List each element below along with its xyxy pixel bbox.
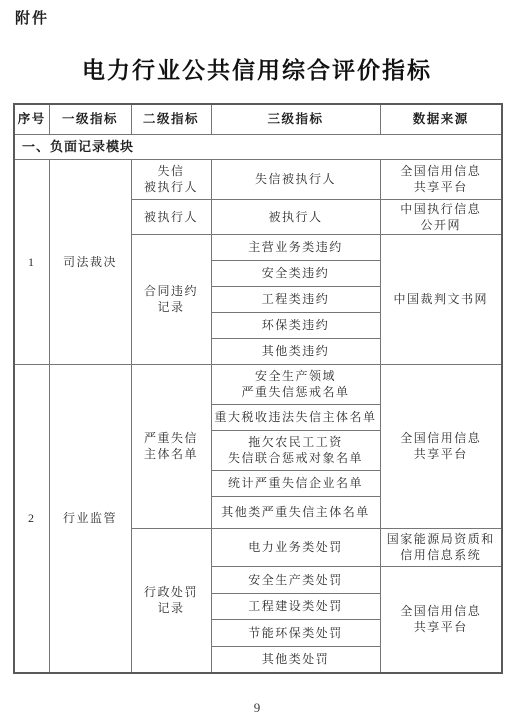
level3-indicator: 失信被执行人 [211,159,380,199]
serial-number: 1 [14,159,49,364]
data-source: 全国信用信息 共享平台 [380,159,502,199]
column-header: 一级指标 [49,104,131,134]
column-header: 序号 [14,104,49,134]
table-row: 2行业监管严重失信 主体名单安全生产领域 严重失信惩戒名单全国信用信息 共享平台 [14,364,502,404]
level1-indicator: 行业监管 [49,364,131,673]
level3-indicator: 被执行人 [211,199,380,234]
level3-indicator: 节能环保类处罚 [211,619,380,646]
column-header: 数据来源 [380,104,502,134]
level3-indicator: 拖欠农民工工资 失信联合惩戒对象名单 [211,430,380,470]
data-source: 中国裁判文书网 [380,234,502,364]
section-header: 一、负面记录模块 [14,134,502,159]
data-source: 中国执行信息 公开网 [380,199,502,234]
level3-indicator: 主营业务类违约 [211,234,380,260]
level2-indicator: 严重失信 主体名单 [131,364,211,528]
serial-number: 2 [14,364,49,673]
table-body: 一、负面记录模块1司法裁决失信 被执行人失信被执行人全国信用信息 共享平台被执行… [14,134,502,673]
column-header: 二级指标 [131,104,211,134]
level3-indicator: 安全类违约 [211,260,380,286]
level2-indicator: 行政处罚 记录 [131,528,211,673]
level3-indicator: 其他类处罚 [211,646,380,673]
level3-indicator: 安全生产类处罚 [211,566,380,593]
document-page: 附件 电力行业公共信用综合评价指标 序号一级指标二级指标三级指标数据来源 一、负… [0,0,514,728]
data-source: 国家能源局资质和 信用信息系统 [380,528,502,566]
page-number: 9 [0,700,514,716]
level3-indicator: 工程类违约 [211,286,380,312]
level2-indicator: 失信 被执行人 [131,159,211,199]
page-title: 电力行业公共信用综合评价指标 [0,52,514,85]
data-source: 全国信用信息 共享平台 [380,364,502,528]
level3-indicator: 其他类违约 [211,338,380,364]
level3-indicator: 工程建设类处罚 [211,593,380,619]
level3-indicator: 其他类严重失信主体名单 [211,496,380,528]
header-row: 序号一级指标二级指标三级指标数据来源 [14,104,502,134]
level3-indicator: 统计严重失信企业名单 [211,470,380,496]
level3-indicator: 重大税收违法失信主体名单 [211,404,380,430]
level3-indicator: 环保类违约 [211,312,380,338]
data-source: 全国信用信息 共享平台 [380,566,502,673]
level3-indicator: 电力业务类处罚 [211,528,380,566]
column-header: 三级指标 [211,104,380,134]
table-row: 1司法裁决失信 被执行人失信被执行人全国信用信息 共享平台 [14,159,502,199]
level2-indicator: 被执行人 [131,199,211,234]
level3-indicator: 安全生产领域 严重失信惩戒名单 [211,364,380,404]
level1-indicator: 司法裁决 [49,159,131,364]
attachment-label: 附件 [15,7,49,28]
section-row: 一、负面记录模块 [14,134,502,159]
table-header: 序号一级指标二级指标三级指标数据来源 [14,104,502,134]
indicator-table: 序号一级指标二级指标三级指标数据来源 一、负面记录模块1司法裁决失信 被执行人失… [13,103,503,674]
level2-indicator: 合同违约 记录 [131,234,211,364]
